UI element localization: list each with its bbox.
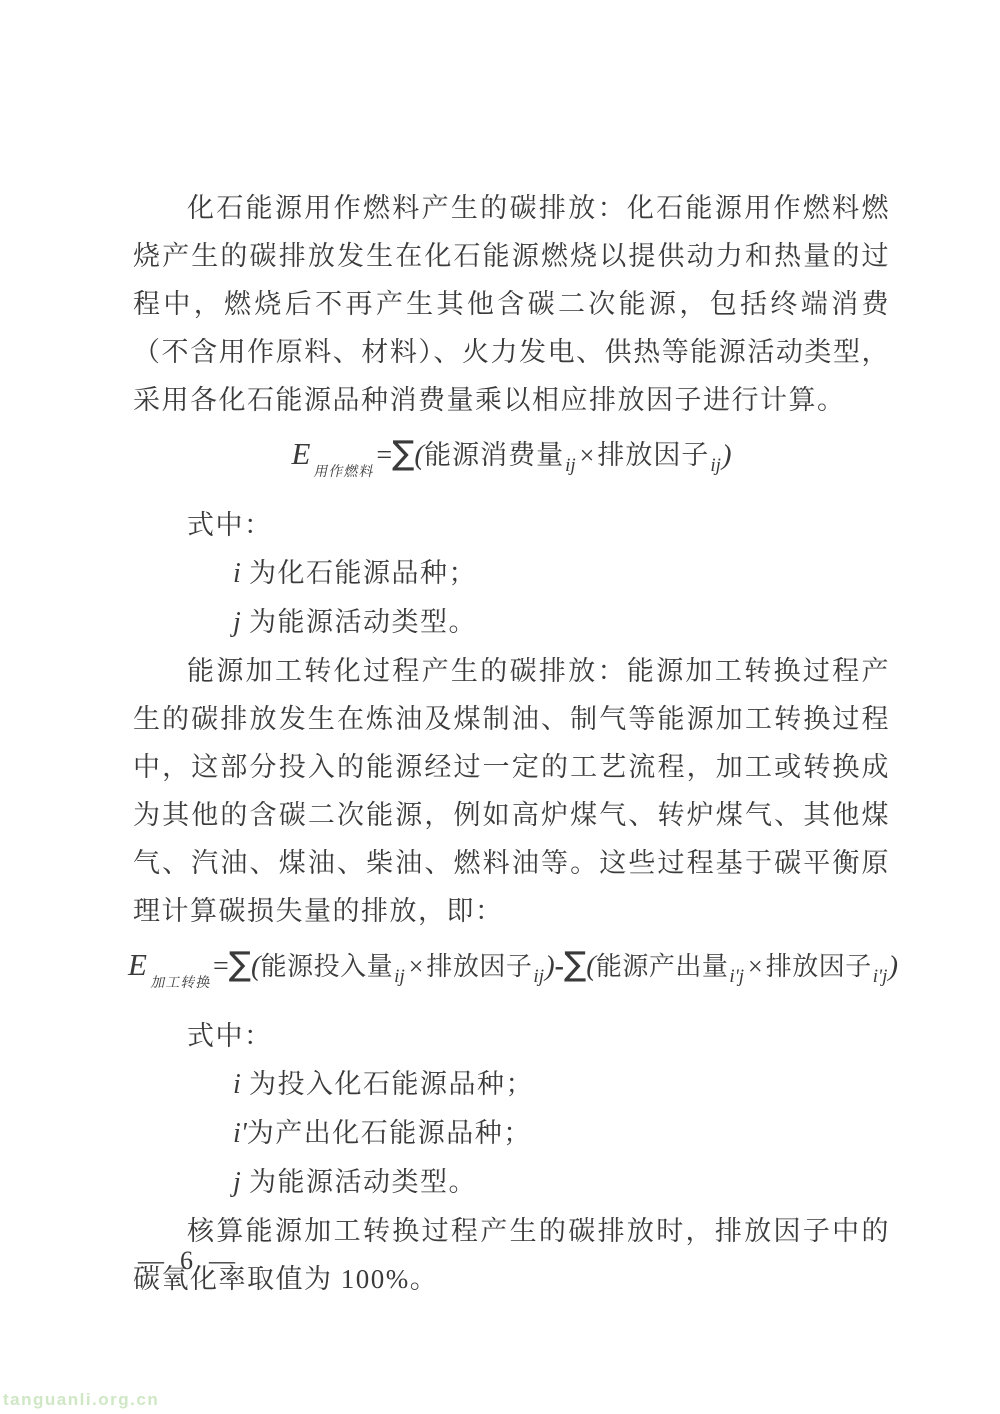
formula2-term-emission-factor2: 排放因子 [766,952,872,981]
equals-sign: = [213,951,229,982]
sigma-symbol: ∑ [564,944,586,983]
formula2-subscript-iprimej: i'j [729,966,744,987]
formula1-subscript-used-as-fuel: 用作燃料 [309,446,380,500]
formula-fuel-emission: E用作燃料=∑(能源消费量ij×排放因子ij) [133,426,890,500]
symbol-i: i [233,558,241,589]
symbol-i-prime: i' [233,1118,247,1149]
footer-dash-right: — [209,1246,235,1275]
formula1-term-emission-factor: 排放因子 [597,440,709,470]
paragraph-oxidation-rate: 核算能源加工转换过程产生的碳排放时，排放因子中的碳氧化率取值为 100%。 [133,1207,890,1303]
watermark-tanguanli: tanguanli.org.cn [3,1390,159,1410]
formula2-subscript-ij2: ij [533,966,544,987]
page-number: 6 [180,1246,193,1275]
definition-i-input: i 为投入化石能源品种； [133,1060,890,1109]
where-label-2: 式中： [133,1012,890,1060]
footer-dash-left: — [138,1246,164,1275]
open-paren: ( [414,439,424,471]
minus-sign: - [555,951,564,982]
sigma-symbol: ∑ [229,944,251,983]
paragraph-processing-emission: 能源加工转化过程产生的碳排放：能源加工转换过程产生的碳排放发生在炼油及煤制油、制… [133,647,890,935]
close-paren: ) [545,950,555,982]
formula1-variable-E: E [291,436,310,471]
definition-j-fuel: j 为能源活动类型。 [133,598,890,647]
formula1-term-energy-consumption: 能源消费量 [424,440,564,470]
formula1-subscript-ij2: ij [710,455,721,476]
definition-text: 为投入化石能源品种； [241,1069,534,1099]
formula2-subscript-ij: ij [394,966,405,987]
formula2-term-emission-factor: 排放因子 [426,952,532,981]
definition-text: 为能源活动类型。 [241,1167,477,1197]
page-number-footer: —6— [138,1244,235,1278]
close-paren: ) [888,950,898,982]
formula2-subscript-processing: 加工转换 [145,957,216,1011]
definition-text: 为产出化石能源品种； [247,1118,532,1148]
document-page: 化石能源用作燃料产生的碳排放：化石能源用作燃料燃烧产生的碳排放发生在化石能源燃烧… [0,0,1000,1414]
formula2-term-energy-output: 能源产出量 [596,952,729,981]
formula1-subscript-ij: ij [565,455,576,476]
multiply-sign: × [409,952,424,981]
where-label-1: 式中： [133,501,890,549]
symbol-i: i [233,1069,241,1100]
formula-processing-emission: E加工转换=∑(能源投入量ij×排放因子ij)-∑(能源产出量i'j×排放因子i… [128,937,890,1011]
document-body: 化石能源用作燃料产生的碳排放：化石能源用作燃料燃烧产生的碳排放发生在化石能源燃烧… [133,184,890,1303]
formula2-variable-E: E [128,947,147,982]
definition-i-fuel: i 为化石能源品种； [133,549,890,598]
open-paren: ( [586,950,596,982]
formula2-term-energy-input: 能源投入量 [261,952,394,981]
definition-text: 为能源活动类型。 [241,607,477,637]
equals-sign: = [376,440,392,471]
sigma-symbol: ∑ [392,433,414,472]
multiply-sign: × [580,441,595,470]
definition-j-activity: j 为能源活动类型。 [133,1158,890,1207]
paragraph-fuel-emission: 化石能源用作燃料产生的碳排放：化石能源用作燃料燃烧产生的碳排放发生在化石能源燃烧… [133,184,890,424]
close-paren: ) [722,439,732,471]
formula2-subscript-iprimej2: i'j [873,966,888,987]
multiply-sign: × [748,952,763,981]
open-paren: ( [251,950,261,982]
definition-text: 为化石能源品种； [241,558,477,588]
definition-iprime-output: i'为产出化石能源品种； [133,1109,890,1158]
symbol-j: j [233,607,241,638]
symbol-j: j [233,1167,241,1198]
